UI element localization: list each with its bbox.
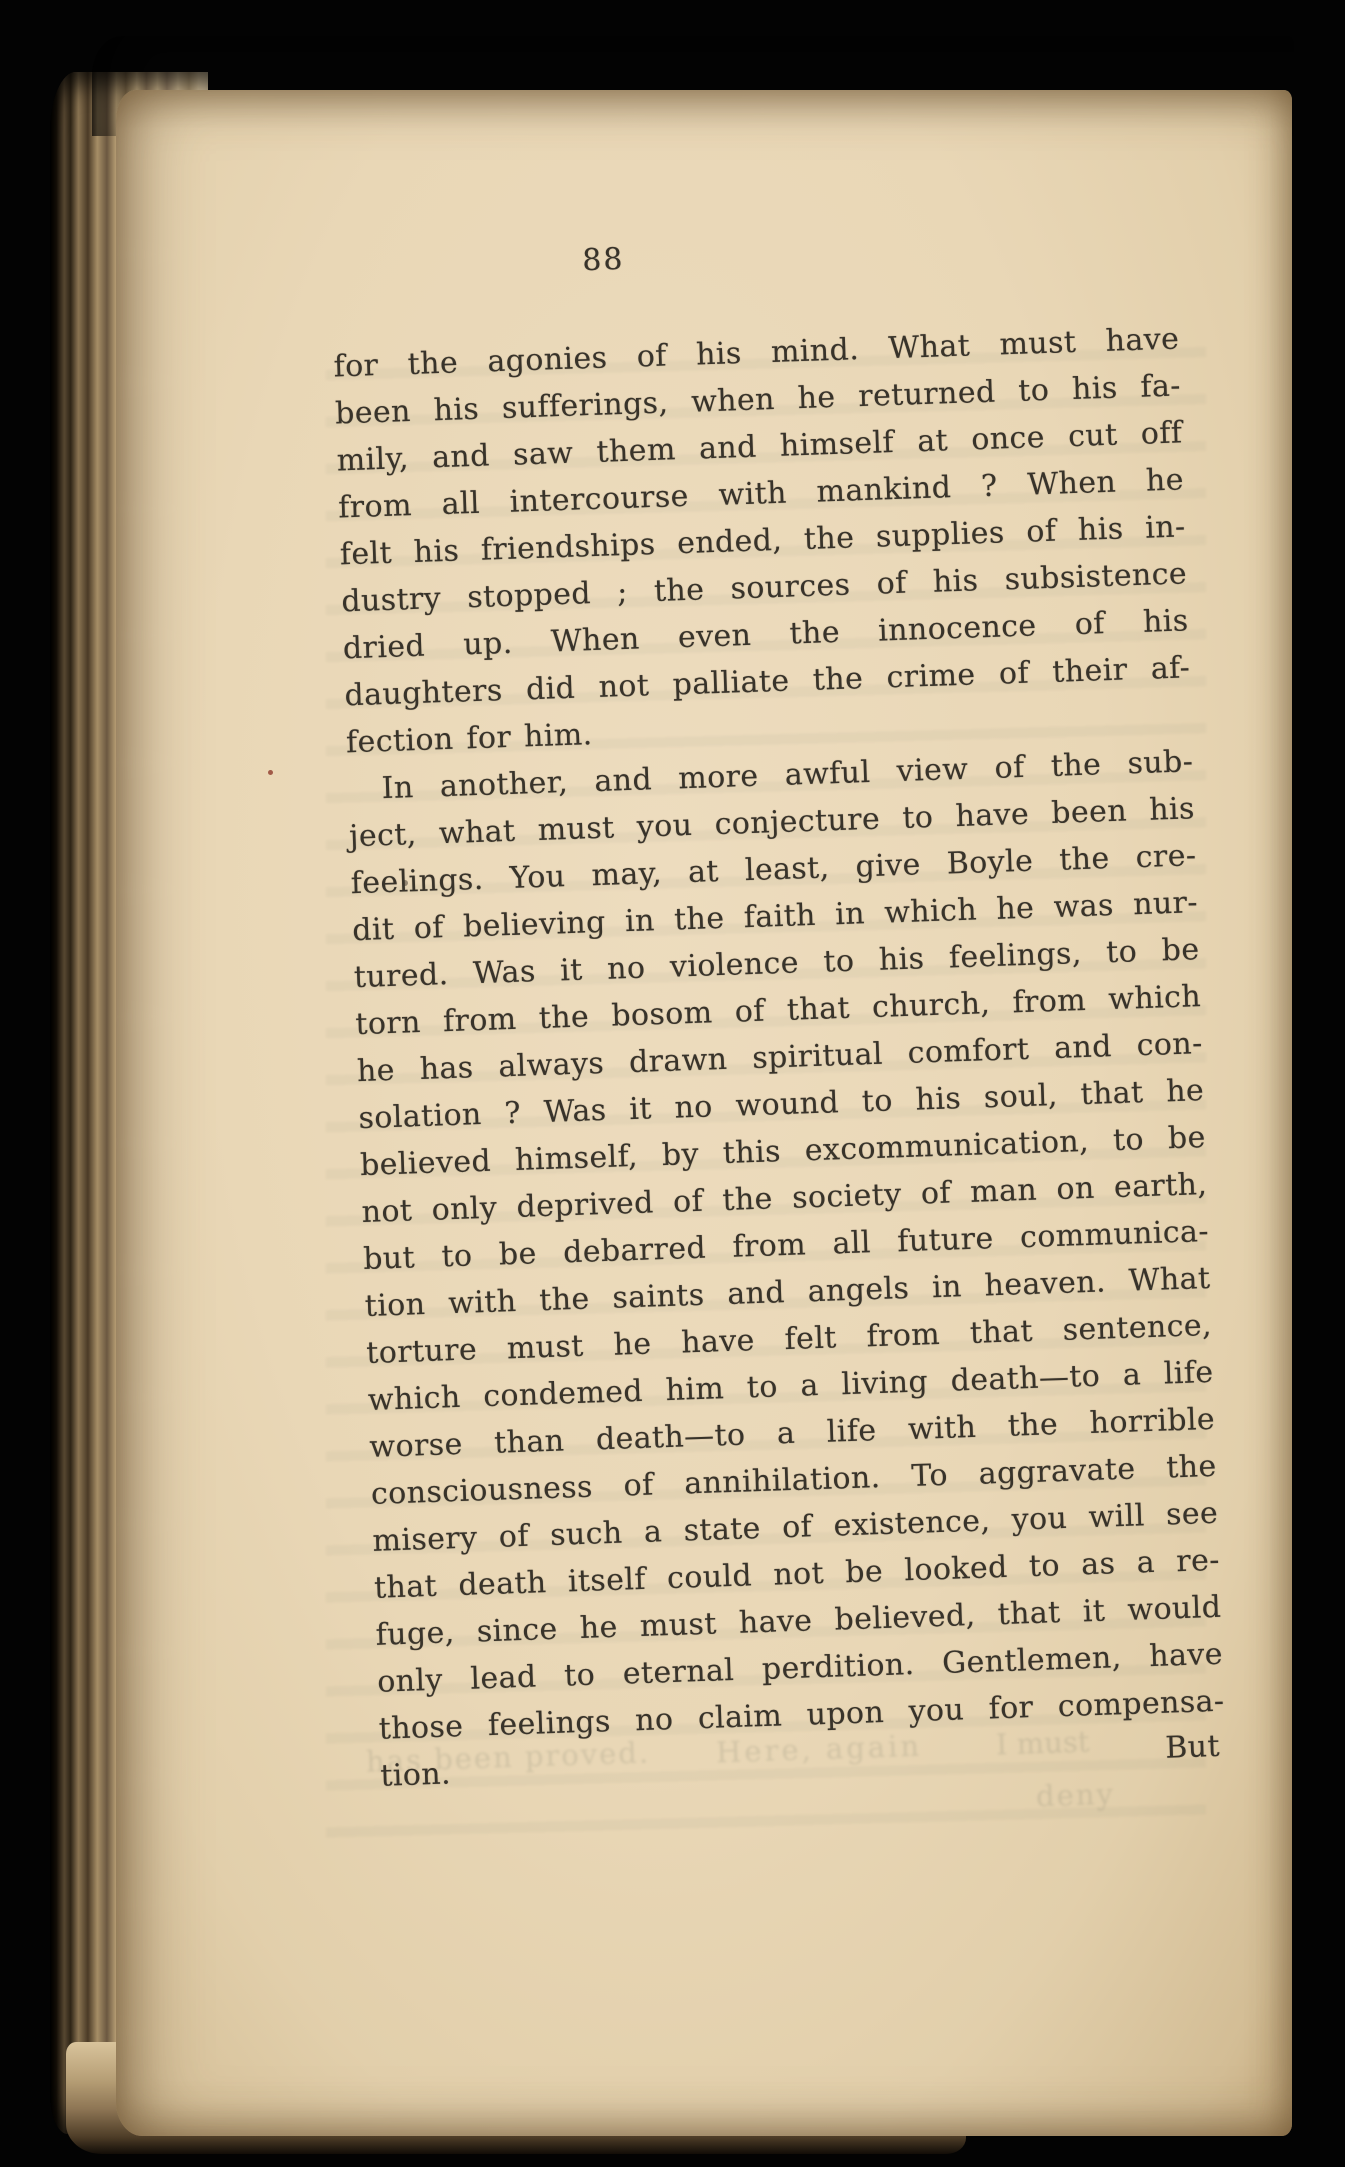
bleedthrough-text: deny — [1035, 1777, 1115, 1814]
text-block: 88 for the agonies of his mind. What mus… — [333, 315, 1227, 1799]
page-number: 88 — [582, 242, 625, 278]
paragraph: In another, and more awful view of the s… — [347, 738, 1227, 1799]
paper-speck — [268, 770, 273, 775]
paragraph: for the agonies of his mind. What must h… — [333, 315, 1193, 766]
book-page: has been proved. Here, again I must deny… — [116, 90, 1292, 2136]
catchword: But — [1164, 1723, 1220, 1772]
book-photo: has been proved. Here, again I must deny… — [0, 0, 1345, 2167]
